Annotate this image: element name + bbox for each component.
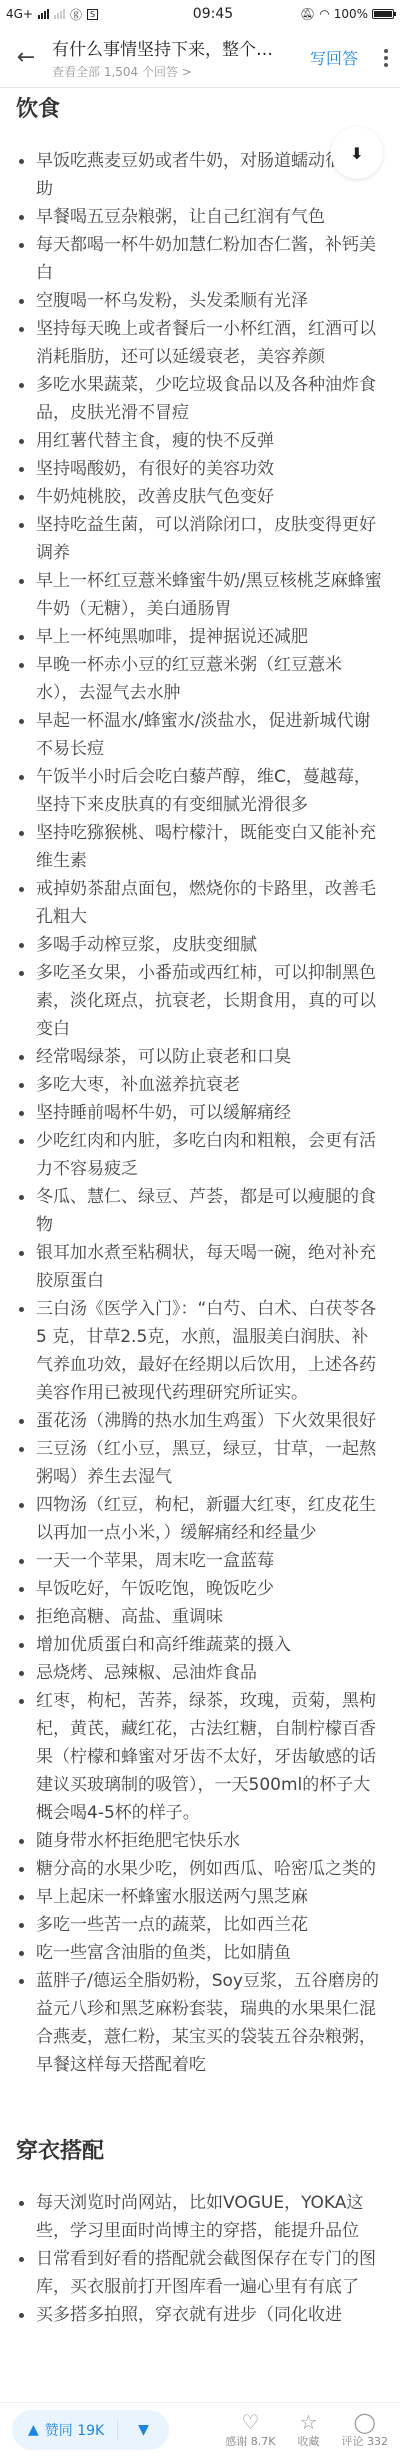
list-item: 早上一杯纯黑咖啡，提神据说还减肥	[16, 623, 384, 651]
vote-pill: ▲ 赞同 19K ▼	[12, 2410, 169, 2450]
diet-list: 早饭吃燕麦豆奶或者牛奶，对肠道蠕动很有帮助早餐喝五豆杂粮粥，让自己红润有气色每天…	[16, 147, 384, 2079]
dot-icon	[384, 63, 388, 67]
mute-icon: 🔕︎	[300, 7, 315, 21]
list-item: 多吃圣女果，小番茄或西红柿，可以抑制黑色素，淡化斑点，抗衰老，长期食用，真的可以…	[16, 959, 384, 1043]
question-title-block[interactable]: 有什么事情坚持下来，整个… 查看全部 1,504 个回答 >	[52, 35, 300, 80]
answer-content: 饮食 早饭吃燕麦豆奶或者牛奶，对肠道蠕动很有帮助早餐喝五豆杂粮粥，让自己红润有气…	[0, 89, 400, 2329]
list-item: 多吃大枣，补血滋养抗衰老	[16, 1071, 384, 1099]
list-item: 少吃红肉和内脏，多吃白肉和粗粮，会更有活力不容易疲乏	[16, 1127, 384, 1183]
list-item: 忌烧烤、忌辣椒、忌油炸食品	[16, 1659, 384, 1687]
list-item: 坚持喝酸奶，有很好的美容功效	[16, 455, 384, 483]
signal-2-icon	[54, 9, 65, 19]
list-item: 银耳加水煮至粘稠状，每天喝一碗，绝对补充胶原蛋白	[16, 1239, 384, 1295]
list-item: 午饭半小时后会吃白藜芦醇，维C，蔓越莓，坚持下来皮肤真的有变细腻光滑很多	[16, 763, 384, 819]
double-chevron-down-icon: ⬇︎	[350, 144, 363, 163]
list-item: 早晚一杯赤小豆的红豆薏米粥（红豆薏米水），去湿气去水肿	[16, 651, 384, 707]
list-item: 早起一杯温水/蜂蜜水/淡盐水，促进新城代谢不易长痘	[16, 707, 384, 763]
list-item: 蓝胖子/德运全脂奶粉，Soy豆浆，五谷磨房的益元八珍和黑芝麻粉套装，瑞典的水果果…	[16, 1967, 384, 2079]
comment-bubble-icon: ◯	[354, 2411, 376, 2433]
list-item: 每天都喝一杯牛奶加慧仁粉加杏仁酱，补钙美白	[16, 231, 384, 287]
back-button[interactable]: ←	[0, 45, 52, 70]
dot-icon	[384, 49, 388, 53]
list-item: 四物汤（红豆，枸杞，新疆大红枣，红皮花生以再加一点小米，）缓解痛经和经量少	[16, 1491, 384, 1547]
section-title-outfit: 穿衣搭配	[16, 2137, 384, 2167]
wifi-icon: ◠	[319, 7, 329, 21]
list-item: 用红薯代替主食，瘦的快不反弹	[16, 427, 384, 455]
list-item: 蛋花汤（沸腾的热水加生鸡蛋）下火效果很好	[16, 1407, 384, 1435]
list-item: 早上起床一杯蜂蜜水服送两勺黑芝麻	[16, 1883, 384, 1911]
list-item: 买多搭多拍照，穿衣就有进步（同化收进	[16, 2301, 384, 2329]
list-item: 坚持睡前喝杯牛奶，可以缓解痛经	[16, 1099, 384, 1127]
list-item: 日常看到好看的搭配就会截图保存在专门的图库，买衣服前打开图库看一遍心里有有底了	[16, 2245, 384, 2301]
list-item: 坚持吃益生菌，可以消除闭口，皮肤变得更好调养	[16, 511, 384, 567]
triangle-up-icon: ▲	[28, 2422, 39, 2438]
question-header: ← 有什么事情坚持下来，整个… 查看全部 1,504 个回答 > 写回答	[0, 28, 400, 88]
list-item: 三白汤《医学入门》：“白芍、白术、白茯苓各5 克，甘草2.5克，水煎，温服美白润…	[16, 1295, 384, 1407]
list-item: 一天一个苹果，周末吃一盒蓝莓	[16, 1547, 384, 1575]
list-item: 随身带水杯拒绝肥宅快乐水	[16, 1827, 384, 1855]
list-item: 冬瓜、慧仁、绿豆、芦荟，都是可以瘦腿的食物	[16, 1183, 384, 1239]
thanks-button[interactable]: ♡ 感谢 8.7K	[225, 2411, 275, 2449]
more-options-button[interactable]	[372, 49, 400, 67]
list-item: 早上一杯红豆薏米蜂蜜牛奶/黑豆核桃芝麻蜂蜜牛奶（无糖），美白通肠胃	[16, 567, 384, 623]
section-title-diet: 饮食	[16, 95, 384, 125]
status-bar: 4G+ ⓖ S 09:45 🔕︎ ◠ 100%	[0, 0, 400, 28]
list-item: 牛奶炖桃胶，改善皮肤气色变好	[16, 483, 384, 511]
app-notification-icon: ⓖ	[70, 6, 82, 23]
list-item: 多吃一些苦一点的蔬菜，比如西兰花	[16, 1911, 384, 1939]
list-item: 每天浏览时尚网站，比如VOGUE，YOKA这些，学习里面时尚博主的穿搭，能提升品…	[16, 2189, 384, 2245]
list-item: 经常喝绿茶，可以防止衰老和口臭	[16, 1043, 384, 1071]
bottom-action-bar: ▲ 赞同 19K ▼ ♡ 感谢 8.7K ☆ 收藏 ◯ 评论 332	[0, 2402, 400, 2456]
list-item: 坚持吃猕猴桃、喝柠檬汁，既能变白又能补充维生素	[16, 819, 384, 875]
heart-icon: ♡	[241, 2411, 259, 2433]
favorite-label: 收藏	[298, 2433, 320, 2449]
list-item: 坚持每天晚上或者餐后一小杯红酒，红酒可以消耗脂肪，还可以延缓衰老，美容养颜	[16, 315, 384, 371]
downvote-button[interactable]: ▼	[118, 2422, 169, 2438]
list-item: 早饭吃好，午饭吃饱，晚饭吃少	[16, 1575, 384, 1603]
comment-button[interactable]: ◯ 评论 332	[342, 2411, 389, 2449]
clock: 09:45	[126, 6, 300, 22]
list-item: 拒绝高糖、高盐、重调味	[16, 1603, 384, 1631]
dot-icon	[384, 56, 388, 60]
thanks-label: 感谢 8.7K	[225, 2433, 275, 2449]
network-type: 4G+	[6, 7, 33, 21]
triangle-down-icon: ▼	[138, 2422, 149, 2438]
arrow-left-icon: ←	[17, 45, 35, 70]
collapse-button[interactable]: ⬇︎	[331, 127, 383, 179]
favorite-button[interactable]: ☆ 收藏	[298, 2411, 320, 2449]
battery-icon	[372, 9, 394, 19]
star-icon: ☆	[300, 2411, 318, 2433]
list-item: 增加优质蛋白和高纤维蔬菜的摄入	[16, 1631, 384, 1659]
list-item: 多喝手动榨豆浆，皮肤变细腻	[16, 931, 384, 959]
list-item: 空腹喝一杯乌发粉，头发柔顺有光泽	[16, 287, 384, 315]
comment-label: 评论 332	[342, 2433, 389, 2449]
upvote-label: 赞同 19K	[45, 2420, 104, 2440]
list-item: 吃一些富含油脂的鱼类，比如腈鱼	[16, 1939, 384, 1967]
upvote-button[interactable]: ▲ 赞同 19K	[12, 2420, 117, 2440]
view-all-answers-link[interactable]: 查看全部 1,504 个回答 >	[52, 63, 300, 80]
write-answer-button[interactable]: 写回答	[300, 46, 372, 69]
list-item: 早饭吃燕麦豆奶或者牛奶，对肠道蠕动很有帮助	[16, 147, 384, 203]
question-title[interactable]: 有什么事情坚持下来，整个…	[52, 35, 300, 60]
s-notification-icon: S	[87, 9, 98, 20]
list-item: 戒掉奶茶甜点面包，燃烧你的卡路里，改善毛孔粗大	[16, 875, 384, 931]
list-item: 三豆汤（红小豆，黑豆，绿豆，甘草，一起熬粥喝）养生去湿气	[16, 1435, 384, 1491]
list-item: 早餐喝五豆杂粮粥，让自己红润有气色	[16, 203, 384, 231]
signal-icon	[38, 9, 49, 19]
battery-percent: 100%	[334, 7, 368, 21]
list-item: 红枣，枸杞，苦荞，绿茶，玫瑰，贡菊，黑枸杞，黄芪，藏红花，古法红糖，自制柠檬百香…	[16, 1687, 384, 1827]
outfit-list: 每天浏览时尚网站，比如VOGUE，YOKA这些，学习里面时尚博主的穿搭，能提升品…	[16, 2189, 384, 2329]
list-item: 糖分高的水果少吃，例如西瓜、哈密瓜之类的	[16, 1855, 384, 1883]
list-item: 多吃水果蔬菜，少吃垃圾食品以及各种油炸食品，皮肤光滑不冒痘	[16, 371, 384, 427]
